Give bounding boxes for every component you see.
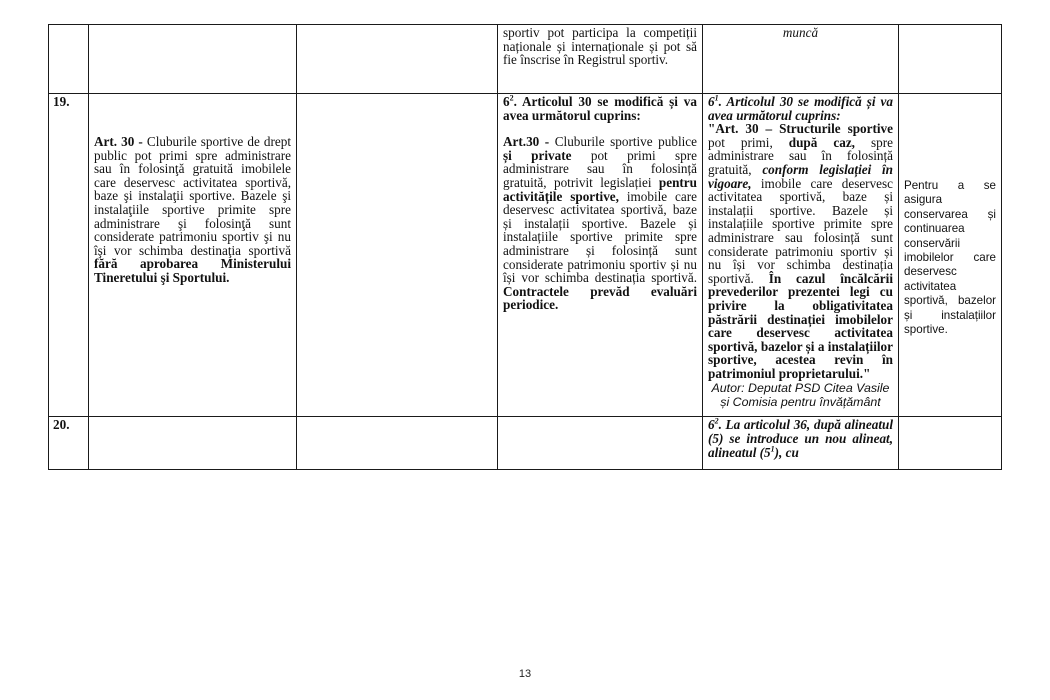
document-page: sportiv pot participa la competiții nați… — [0, 0, 1050, 700]
table-row: 20. 62. La articolul 36, după alineatul … — [49, 417, 1002, 470]
current-law-cell — [89, 25, 297, 94]
motivation-text: Pentru a se asigura conservarea și conti… — [904, 179, 996, 337]
amendment-cell: muncă — [703, 25, 899, 94]
amendment-text: "Art. 30 – Structurile sportive pot prim… — [708, 122, 893, 380]
amendment-cell: 62. La articolul 36, după alineatul (5) … — [703, 417, 899, 470]
current-law-text: Art. 30 - Cluburile sportive de drept pu… — [94, 135, 291, 285]
senate-text-cell — [498, 417, 703, 470]
amendment-author: Autor: Deputat PSD Citea Vasile și Comis… — [708, 381, 893, 409]
empty-cell — [297, 417, 498, 470]
row-number-cell — [49, 25, 89, 94]
senate-text-cell: 62. Articolul 30 se modifică și va avea … — [498, 94, 703, 417]
motivation-cell — [899, 417, 1002, 470]
page-number: 13 — [0, 668, 1050, 680]
current-law-cell — [89, 417, 297, 470]
senate-article-text: Art.30 - Cluburile sportive publice și p… — [503, 135, 697, 312]
table-row: sportiv pot participa la competiții nați… — [49, 25, 1002, 94]
current-law-cell: Art. 30 - Cluburile sportive de drept pu… — [89, 94, 297, 417]
motivation-cell — [899, 25, 1002, 94]
motivation-cell: Pentru a se asigura conservarea și conti… — [899, 94, 1002, 417]
empty-cell — [297, 94, 498, 417]
row-number-cell: 19. — [49, 94, 89, 417]
empty-cell — [297, 25, 498, 94]
senate-text-cell: sportiv pot participa la competiții nați… — [498, 25, 703, 94]
amendment-cell: 61. Articolul 30 se modifică și va avea … — [703, 94, 899, 417]
amendment-heading: 61. Articolul 30 se modifică și va avea … — [708, 95, 893, 122]
amendment-heading: 62. Articolul 30 se modifică și va avea … — [503, 95, 697, 122]
amendments-table: sportiv pot participa la competiții nați… — [48, 24, 1002, 470]
row-number-cell: 20. — [49, 417, 89, 470]
table-row: 19. Art. 30 - Cluburile sportive de drep… — [49, 94, 1002, 417]
